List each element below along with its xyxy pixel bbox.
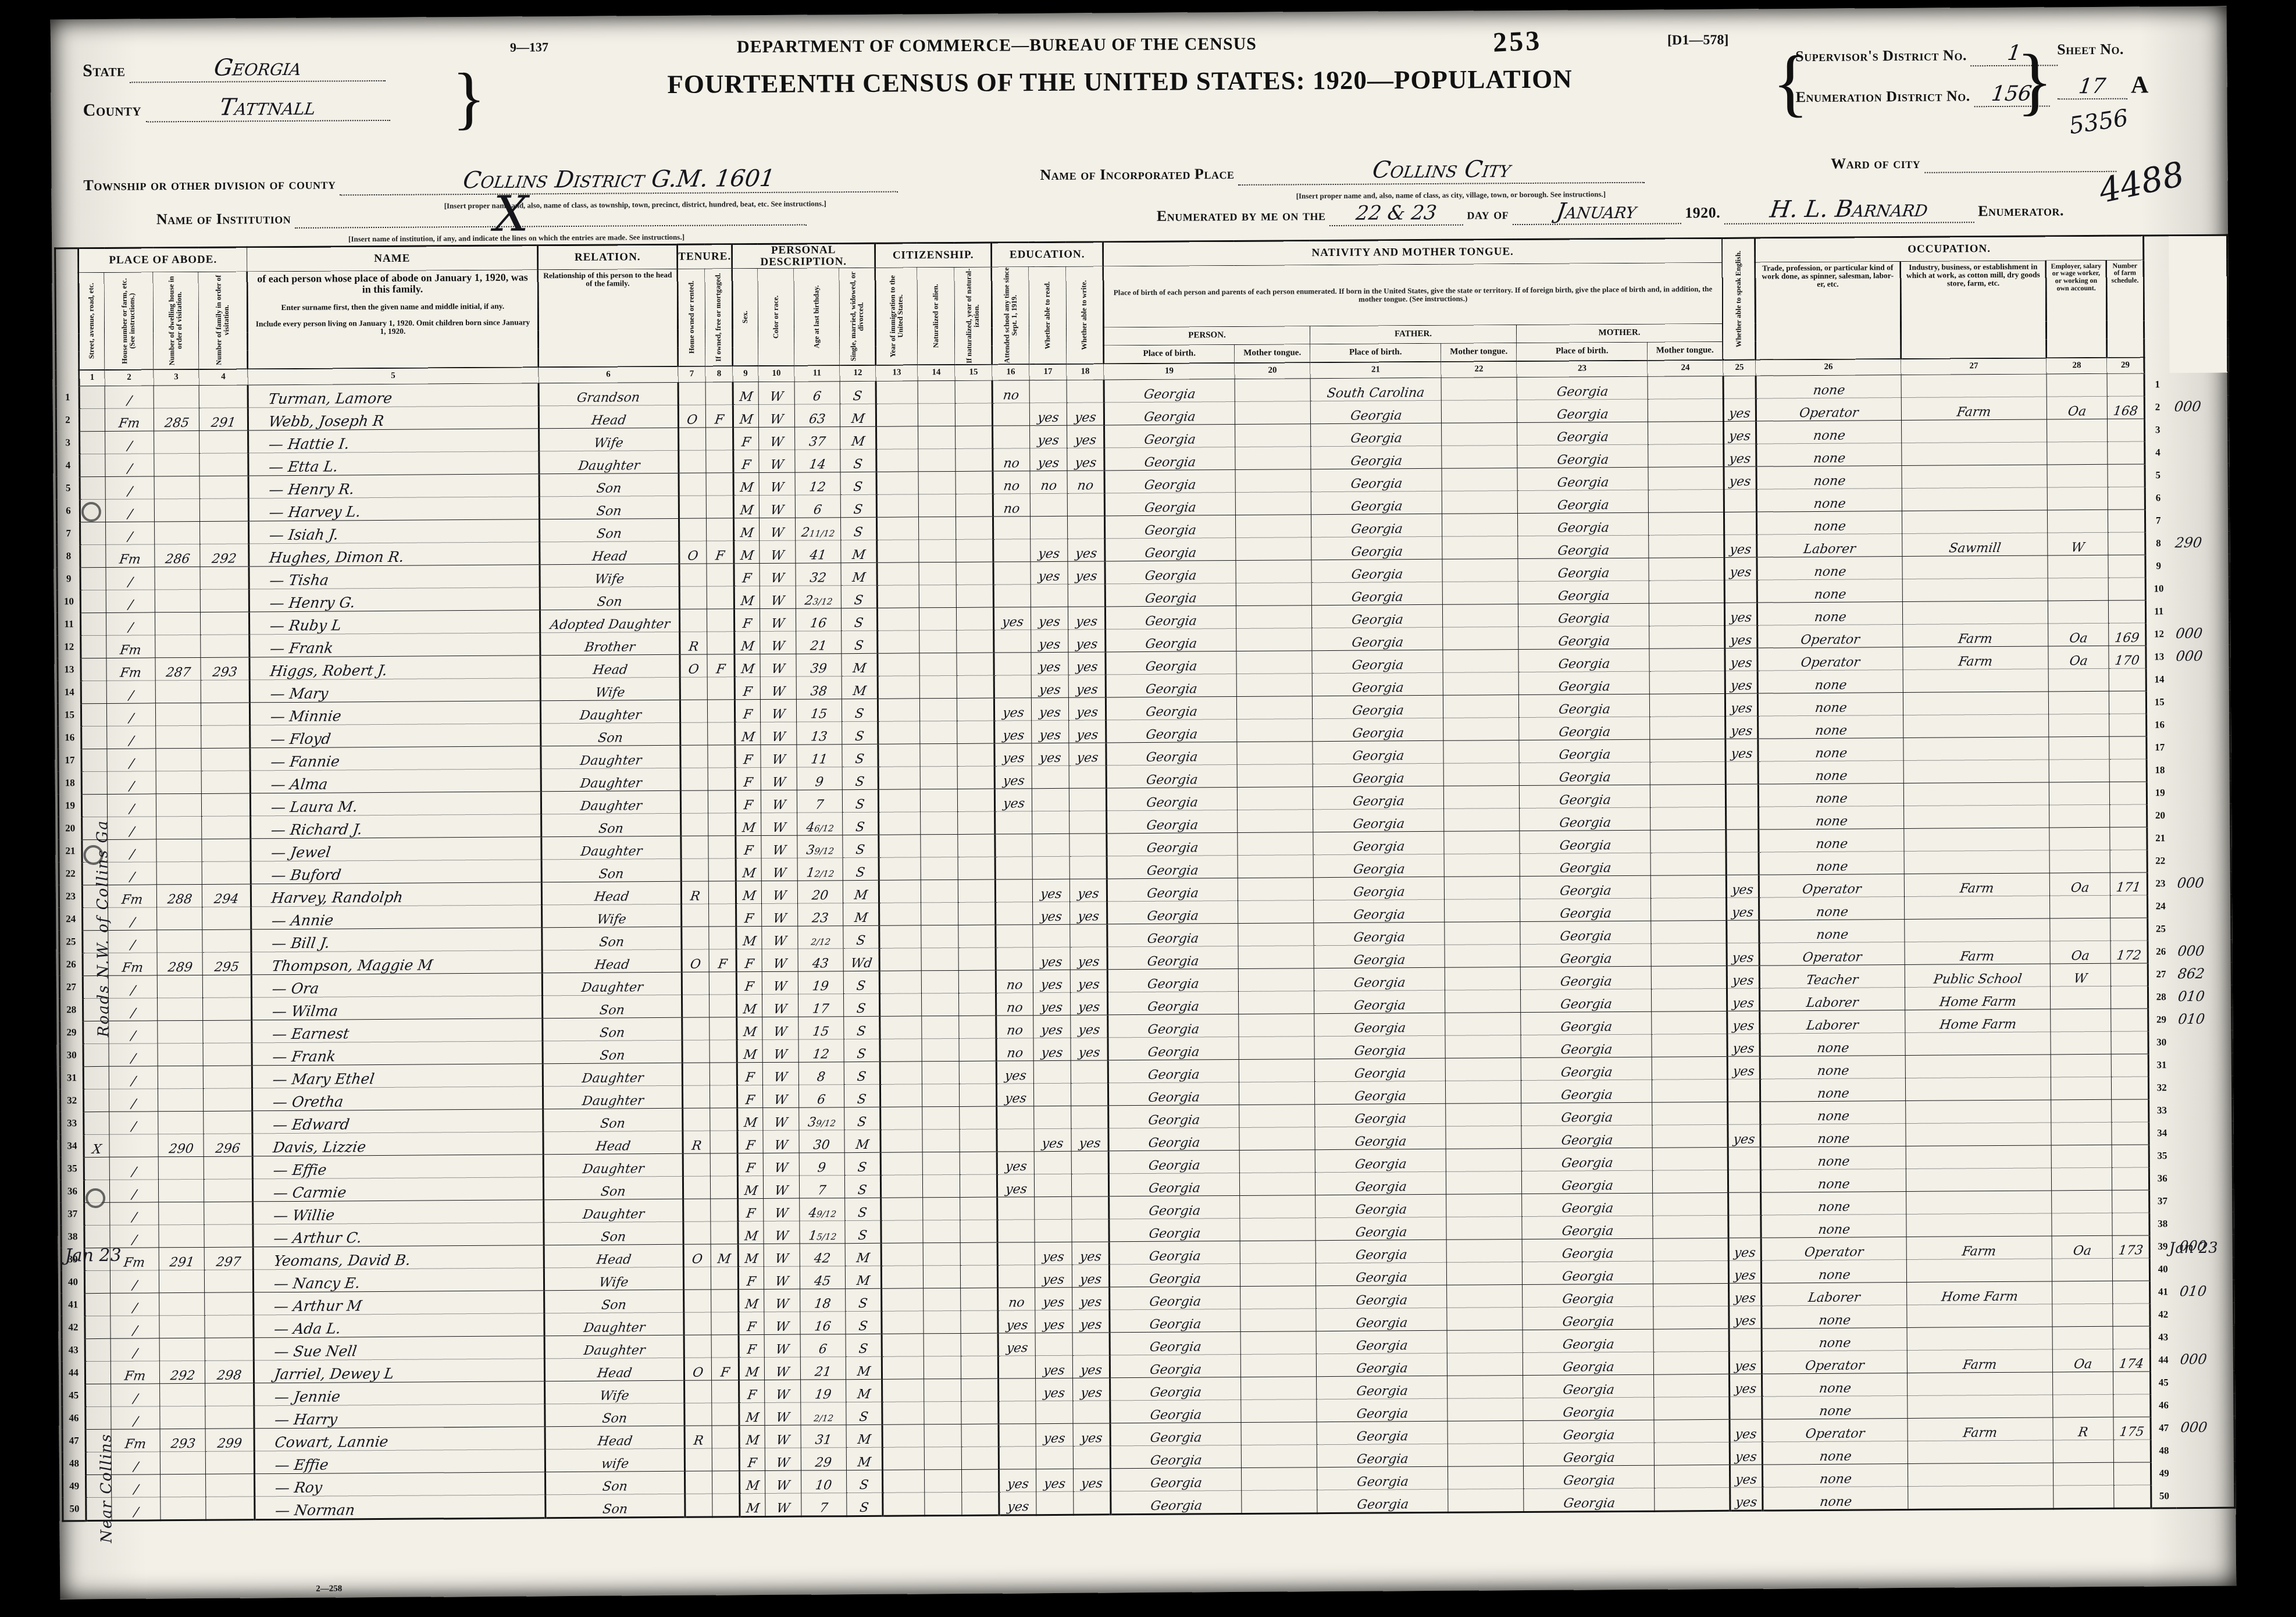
- cell-c3: 291: [159, 1247, 204, 1270]
- cell-e18: [1069, 811, 1107, 834]
- cell-c3: [159, 1292, 205, 1315]
- cell-rel: Son: [542, 927, 682, 950]
- cell-occ: none: [1763, 1486, 1908, 1511]
- cell-e16: [993, 539, 1031, 562]
- right-margin-scribble: [2171, 577, 2229, 600]
- cell-ind: [1906, 1100, 2051, 1124]
- cell-c4: [199, 430, 248, 454]
- line-number: 20: [59, 817, 82, 840]
- cell-mt1: [1240, 1218, 1315, 1241]
- cell-emp: [2051, 1077, 2111, 1100]
- cell-sex: M: [733, 382, 758, 404]
- cell-t8: [712, 1471, 739, 1494]
- cell-c15: [961, 1333, 998, 1356]
- cell-e16: [997, 1129, 1034, 1152]
- cell-c4: [199, 476, 248, 499]
- cell-t8: [708, 881, 736, 904]
- cell-occ: none: [1758, 760, 1903, 784]
- cell-c14: [922, 1061, 959, 1084]
- cell-mt1: [1240, 1241, 1315, 1264]
- cell-t8: [711, 1335, 739, 1358]
- cell-c4: [206, 1497, 255, 1520]
- cell-mt3: [1652, 1079, 1727, 1102]
- cell-fpb: Georgia: [1314, 990, 1445, 1013]
- line-number: 22: [59, 863, 82, 885]
- cell-c4: [204, 1111, 252, 1134]
- cell-c14: [924, 1469, 961, 1492]
- cell-c15: [960, 1197, 997, 1220]
- cell-ind: [1903, 737, 2049, 761]
- cell-ind: Home Farm: [1905, 986, 2050, 1010]
- cell-mar: S: [843, 925, 879, 948]
- cell-mpb: Georgia: [1524, 1488, 1655, 1512]
- right-margin-scribble: [2173, 827, 2231, 850]
- cell-occ: none: [1760, 1123, 1906, 1147]
- cell-pb: Georgia: [1108, 1150, 1239, 1173]
- cell-e16: [997, 1106, 1034, 1129]
- cell-e16: [994, 653, 1031, 675]
- cell-farm: 174: [2113, 1349, 2150, 1372]
- cell-t7: [679, 428, 706, 450]
- cell-c15: [957, 653, 994, 675]
- cell-eng: [1724, 512, 1756, 535]
- cell-occ: none: [1756, 488, 1902, 512]
- cell-t7: O: [684, 1358, 711, 1380]
- cell-c3: 289: [157, 952, 202, 975]
- cell-mt2: [1442, 536, 1518, 559]
- cell-t7: O: [680, 654, 707, 677]
- cell-t7: [679, 564, 707, 586]
- cell-name: — Arthur C.: [253, 1223, 544, 1247]
- cell-farm: [2108, 555, 2145, 578]
- cell-pb: Georgia: [1106, 696, 1236, 720]
- cell-c2: /: [109, 998, 158, 1021]
- cell-c14: [918, 517, 956, 539]
- cell-mt2: [1443, 649, 1518, 672]
- right-margin-scribble: [2172, 668, 2230, 691]
- cell-emp: Oa: [2049, 872, 2110, 896]
- cell-ind: Farm: [1908, 1417, 2053, 1441]
- cell-c3: 286: [155, 544, 200, 567]
- line-number-right: 29: [2148, 1009, 2174, 1031]
- cell-c14: [921, 879, 958, 902]
- cell-c15: [961, 1469, 999, 1492]
- line-number: 32: [60, 1089, 83, 1112]
- cell-c3: [156, 816, 202, 839]
- cell-c14: [919, 698, 957, 721]
- cell-mt3: [1649, 580, 1724, 603]
- cell-c13: [878, 676, 919, 699]
- cell-c1: [83, 1043, 109, 1066]
- cell-t8: [709, 927, 736, 949]
- cell-c3: [154, 385, 199, 408]
- cell-fpb: Georgia: [1313, 718, 1443, 741]
- group-education: EDUCATION.: [992, 242, 1103, 267]
- cell-ind: Farm: [1907, 1349, 2052, 1373]
- cell-mt3: [1653, 1306, 1729, 1329]
- cell-c13: [877, 540, 919, 562]
- cell-e18: yes: [1068, 697, 1106, 720]
- cell-c15: [958, 925, 996, 948]
- cell-sex: M: [733, 518, 759, 540]
- cell-c2: /: [109, 1180, 158, 1203]
- cell-t7: [679, 586, 707, 609]
- cell-c15: [959, 1084, 996, 1106]
- cell-emp: [2051, 1009, 2111, 1032]
- line-number: 28: [60, 999, 83, 1021]
- cell-t8: [708, 745, 735, 768]
- cell-occ: none: [1758, 715, 1903, 739]
- cell-c1: X: [84, 1134, 109, 1157]
- cell-pb: Georgia: [1105, 537, 1236, 561]
- col-trade: Trade, profession, or partic­ular kind o…: [1755, 261, 1901, 359]
- cell-mar: S: [846, 1288, 882, 1311]
- cell-e18: yes: [1071, 1015, 1108, 1038]
- cell-mt3: [1654, 1397, 1730, 1420]
- cell-c3: [159, 1315, 205, 1338]
- cell-name: Yeomans, David B.: [253, 1245, 544, 1270]
- left-margin-note-lower: Near Collins: [96, 1171, 116, 1543]
- cell-mt2: [1448, 1420, 1523, 1444]
- cell-c13: [878, 631, 919, 653]
- cell-name: — Bill J.: [251, 928, 542, 952]
- cell-e18: [1071, 1083, 1108, 1106]
- census-sheet: 9—137 DEPARTMENT OF COMMERCE—BUREAU OF T…: [51, 6, 2237, 1600]
- cell-t7: [679, 518, 706, 541]
- cell-e16: [993, 517, 1030, 539]
- cell-mt2: [1446, 1148, 1521, 1171]
- cell-e18: yes: [1073, 1423, 1110, 1446]
- cell-c13: [878, 744, 920, 767]
- cell-c13: [881, 1266, 923, 1288]
- line-number: 47: [62, 1430, 85, 1452]
- cell-sex: M: [735, 722, 761, 745]
- cell-name: — Ada L.: [254, 1313, 544, 1338]
- cell-occ: none: [1758, 738, 1903, 761]
- cell-c4: [199, 453, 248, 476]
- cell-e17: [1036, 1401, 1073, 1423]
- cell-occ: Operator: [1762, 1418, 1908, 1442]
- cell-pb: Georgia: [1110, 1309, 1240, 1332]
- cell-fpb: Georgia: [1315, 1194, 1446, 1217]
- cell-farm: [2108, 441, 2145, 464]
- cell-mar: S: [842, 767, 878, 789]
- cell-farm: [2107, 373, 2144, 396]
- cell-fpb: Georgia: [1314, 967, 1445, 991]
- cell-e18: yes: [1070, 992, 1107, 1015]
- cell-e17: [1036, 1446, 1073, 1469]
- cell-mpb: Georgia: [1517, 399, 1648, 422]
- cell-t7: [680, 700, 707, 722]
- cell-c14: [922, 1106, 960, 1129]
- cell-c3: [156, 839, 202, 861]
- cell-t7: [680, 768, 708, 790]
- cell-e16: [997, 1220, 1035, 1242]
- cell-t8: [706, 450, 733, 473]
- cell-race: W: [761, 722, 797, 745]
- cell-c13: [880, 1062, 922, 1084]
- cell-c13: [880, 1152, 922, 1175]
- cell-c4: [204, 1270, 253, 1293]
- cell-rel: Daughter: [539, 450, 679, 473]
- cell-name: — Henry G.: [249, 587, 540, 612]
- cell-eng: [1730, 1397, 1762, 1419]
- cell-c4: [203, 1043, 252, 1066]
- cell-sex: F: [738, 1198, 764, 1221]
- cell-e18: yes: [1073, 1469, 1110, 1491]
- cell-mpb: Georgia: [1520, 853, 1650, 876]
- line-number: 21: [59, 840, 82, 863]
- cell-e16: no: [992, 380, 1029, 403]
- cell-fpb: Georgia: [1311, 514, 1442, 537]
- cell-mar: M: [843, 880, 879, 903]
- ward-label: Ward of city: [1831, 155, 1920, 172]
- cell-mt1: [1235, 469, 1311, 493]
- cell-eng: yes: [1727, 988, 1759, 1011]
- cell-sex: M: [733, 404, 758, 427]
- cell-mar: M: [846, 1424, 882, 1447]
- cell-pb: Georgia: [1104, 424, 1235, 447]
- cell-mpb: Georgia: [1519, 762, 1650, 785]
- cell-ind: [1902, 465, 2047, 489]
- cell-farm: [2113, 1326, 2150, 1349]
- cell-race: W: [761, 745, 797, 767]
- column-number: 8: [705, 366, 733, 382]
- cell-age: 8: [798, 1062, 844, 1085]
- cell-race: W: [765, 1470, 801, 1493]
- cell-farm: [2112, 1099, 2149, 1122]
- cell-fpb: Georgia: [1316, 1376, 1447, 1399]
- subhead-mother: MOTHER.: [1516, 323, 1723, 343]
- cell-farm: [2108, 487, 2145, 510]
- cell-farm: [2109, 691, 2146, 714]
- cell-age: 18: [800, 1289, 846, 1312]
- cell-fpb: Georgia: [1314, 1013, 1445, 1036]
- cell-c14: [919, 539, 956, 562]
- cell-c13: [876, 381, 918, 404]
- cell-eng: yes: [1726, 875, 1759, 897]
- cell-eng: yes: [1730, 1419, 1762, 1442]
- line-number: 34: [60, 1135, 84, 1157]
- cell-c13: [880, 1107, 922, 1130]
- cell-mpb: Georgia: [1518, 603, 1649, 626]
- col-home-owned: Home owned or rented.: [687, 281, 696, 354]
- cell-e16: [993, 585, 1031, 607]
- cell-mpb: Georgia: [1522, 1238, 1653, 1262]
- ward-line: Ward of city: [1831, 154, 2116, 174]
- cell-c13: [878, 653, 919, 676]
- cell-age: 19: [800, 1380, 846, 1402]
- cell-race: W: [759, 472, 795, 495]
- cell-fpb: Georgia: [1313, 877, 1444, 900]
- right-margin-scribble: [2175, 1212, 2233, 1235]
- cell-e18: [1074, 1491, 1111, 1515]
- cell-rel: Son: [540, 586, 679, 610]
- cell-c4: 293: [201, 657, 249, 681]
- cell-mt1: [1236, 696, 1312, 720]
- cell-ind: [1906, 1123, 2051, 1146]
- cell-mt3: [1653, 1215, 1728, 1238]
- cell-mar: S: [844, 1175, 880, 1198]
- cell-eng: yes: [1730, 1465, 1762, 1487]
- cell-mt3: [1651, 988, 1727, 1011]
- cell-farm: [2113, 1440, 2151, 1462]
- cell-c2: /: [109, 1043, 158, 1067]
- cell-mt2: [1442, 445, 1517, 468]
- cell-mt2: [1445, 967, 1520, 990]
- cell-race: W: [761, 790, 797, 813]
- cell-c2: /: [110, 1338, 159, 1362]
- cell-pb: Georgia: [1111, 1490, 1242, 1514]
- cell-farm: [2109, 736, 2147, 759]
- cell-c14: [921, 857, 958, 879]
- cell-mt3: [1649, 648, 1725, 671]
- column-number: 7: [678, 366, 705, 382]
- right-margin-scribble: 290: [2171, 532, 2229, 555]
- cell-t7: [684, 1403, 712, 1426]
- cell-mpb: Georgia: [1523, 1329, 1653, 1352]
- cell-mt3: [1654, 1465, 1730, 1488]
- line-number-right: 13: [2146, 646, 2172, 668]
- cell-c14: [924, 1333, 961, 1356]
- cell-occ: none: [1757, 669, 1903, 693]
- right-margin-scribble: [2175, 1189, 2233, 1213]
- cell-mt1: [1240, 1354, 1316, 1377]
- cell-c14: [922, 1038, 959, 1061]
- cell-mpb: Georgia: [1520, 921, 1651, 944]
- cell-eng: yes: [1725, 671, 1757, 693]
- cell-e16: [997, 1265, 1035, 1288]
- right-margin-scribble: [2174, 1121, 2233, 1145]
- cell-c2: Fm: [105, 408, 154, 432]
- cell-c1: [80, 431, 105, 454]
- cell-farm: [2110, 986, 2148, 1009]
- cell-e17: yes: [1031, 675, 1068, 697]
- cell-c14: [924, 1310, 961, 1333]
- cell-c4: [200, 567, 249, 590]
- cell-mar: M: [846, 1356, 882, 1379]
- cell-occ: Teacher: [1759, 964, 1905, 988]
- cell-mt2: [1445, 1057, 1521, 1081]
- cell-c3: [155, 521, 200, 544]
- cell-mar: M: [840, 404, 876, 426]
- cell-name: — Ruby L: [249, 610, 540, 635]
- cell-rel: Head: [545, 1426, 684, 1449]
- cell-mt3: [1648, 444, 1724, 467]
- cell-c2: /: [112, 1474, 161, 1498]
- cell-t8: [707, 564, 734, 586]
- cell-t7: [679, 609, 707, 632]
- cell-c14: [925, 1492, 962, 1515]
- cell-mt1: [1235, 447, 1311, 470]
- cell-mt2: [1446, 1194, 1522, 1217]
- cell-name: — Arthur M: [254, 1291, 544, 1315]
- cell-c3: [156, 861, 202, 884]
- cell-eng: [1723, 376, 1756, 398]
- cell-pb: Georgia: [1107, 878, 1238, 901]
- cell-t8: [710, 1063, 737, 1085]
- cell-c14: [923, 1220, 960, 1242]
- cell-t8: [706, 428, 733, 450]
- cell-mt1: [1235, 379, 1310, 402]
- cell-sex: M: [735, 654, 760, 676]
- cell-mt3: [1648, 466, 1724, 490]
- line-number-right: 30: [2148, 1031, 2174, 1054]
- cell-sex: F: [735, 676, 760, 699]
- cell-mpb: Georgia: [1521, 1125, 1652, 1148]
- line-number-right: 45: [2150, 1372, 2176, 1394]
- cell-mt2: [1444, 899, 1520, 922]
- cell-e17: yes: [1029, 425, 1067, 448]
- cell-c15: [959, 1061, 996, 1084]
- cell-race: W: [758, 404, 794, 427]
- cell-age: 39: [796, 654, 842, 676]
- cell-c13: [882, 1402, 924, 1424]
- cell-e16: yes: [994, 721, 1032, 743]
- cell-age: 15: [798, 1017, 844, 1039]
- cell-farm: 170: [2109, 646, 2146, 668]
- cell-t8: [708, 859, 736, 881]
- subhead-mt-father: Mother tongue.: [1441, 343, 1517, 361]
- col-able-write: Whether able to write.: [1081, 280, 1089, 350]
- cell-emp: [2053, 1485, 2114, 1509]
- cell-mt1: [1238, 923, 1314, 946]
- cell-c4: [202, 907, 251, 930]
- cell-farm: [2112, 1122, 2149, 1145]
- right-jan-note: Jan 23: [2169, 1240, 2218, 1258]
- cell-e16: [996, 925, 1033, 948]
- cell-name: — Annie: [251, 905, 542, 929]
- cell-mt3: [1652, 1147, 1728, 1170]
- cell-e16: no: [993, 494, 1030, 517]
- group-nativity: NATIVITY AND MOTHER TONGUE.: [1103, 238, 1723, 266]
- cell-c1: [83, 1089, 109, 1112]
- cell-e18: [1069, 834, 1107, 856]
- cell-c14: [921, 834, 958, 857]
- cell-e17: yes: [1032, 720, 1069, 743]
- cell-t7: [679, 450, 706, 473]
- cell-mt1: [1236, 674, 1312, 697]
- cell-mt2: [1445, 1035, 1521, 1058]
- line-number-right: 21: [2147, 827, 2173, 850]
- cell-e16: [999, 1401, 1036, 1424]
- cell-e18: yes: [1070, 970, 1107, 992]
- cell-e17: [1029, 380, 1067, 403]
- line-number: 11: [57, 613, 80, 636]
- column-number: 5: [248, 367, 539, 385]
- cell-farm: 169: [2109, 623, 2146, 646]
- right-margin-scribble: [2176, 1462, 2234, 1485]
- cell-c2: /: [109, 1021, 158, 1044]
- cell-age: 12/12: [797, 858, 843, 881]
- cell-ind: [1906, 1213, 2052, 1237]
- line-number-right: 49: [2151, 1462, 2176, 1485]
- cell-ind: Public School: [1905, 964, 2050, 988]
- cell-c3: [159, 1202, 204, 1224]
- cell-emp: [2050, 918, 2110, 941]
- cell-sex: M: [735, 631, 760, 654]
- cell-c14: [923, 1242, 960, 1265]
- cell-emp: [2049, 850, 2110, 873]
- line-number: 46: [62, 1407, 85, 1430]
- cell-eng: [1728, 1192, 1761, 1215]
- right-margin-scribble: [2170, 441, 2229, 464]
- cell-c3: [157, 929, 202, 952]
- cell-pb: Georgia: [1107, 832, 1238, 856]
- cell-t8: [708, 768, 735, 790]
- line-number-right: 25: [2148, 918, 2173, 941]
- cell-farm: [2113, 1394, 2151, 1417]
